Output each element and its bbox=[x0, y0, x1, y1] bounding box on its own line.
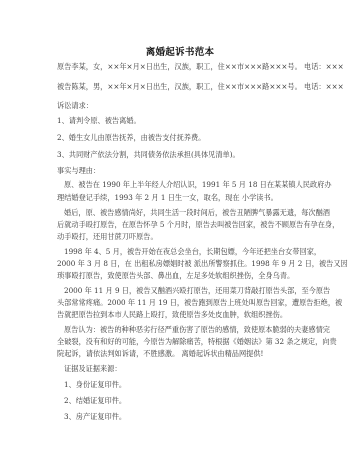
facts-heading: 事实与理由： bbox=[57, 166, 313, 175]
fact-line: 2000 年 3 月 8 日，在 出租私房嫖娼时被 派出所警察抓住。1998 年… bbox=[57, 259, 313, 268]
fact-line: 2000 年 11 月 9 日，被告又酗酒兴殴打原告，还用菜刀背敲打原告头部，至… bbox=[64, 286, 320, 295]
fact-line: 告就把原告拉到本市人民路上殴打，致使原告多处皮血肿，软组织挫伤。 bbox=[57, 310, 313, 319]
fact-line: 婚后，原、被告感情尚好，共同生活一段时间后，被告丑陋脾气暴露无遗，每次酗酒 bbox=[64, 208, 320, 217]
fact-line: 院起诉，请依法判如诉请，不胜感激。 离婚起诉状由精品网提供! bbox=[57, 349, 313, 358]
plaintiff-info: 原告李某，女，××年×月×日出生，汉族，职工，住××市×××路×××号。 电话：… bbox=[57, 62, 313, 71]
fact-line: 动手殴打，还用甘蔗刀吓原告。 bbox=[57, 232, 313, 241]
fact-line: 原告认为：被告的种种恶劣行径严重伤害了原告的感情，致使原本脆弱的夫妻感情完 bbox=[64, 325, 320, 334]
claim-item: 2、婚生女儿由原告抚养，由被告支付抚养费。 bbox=[57, 133, 313, 142]
evidence-item: 3、房产证复印件。 bbox=[64, 412, 320, 421]
fact-line: 头部常常疼痛。2000 年 11 月 19 日，被告跑到原告上班处叫原告回家，遭… bbox=[57, 298, 313, 307]
fact-line: 琐事殴打原告，致使原告头部、鼻出血，左足多处软组织挫伤，全身乌青。 bbox=[57, 271, 313, 280]
evidence-heading: 证据及证据来源： bbox=[64, 364, 320, 373]
evidence-item: 2、结婚证复印件。 bbox=[64, 396, 320, 405]
document-page: 离婚起诉书范本 原告李某，女，××年×月×日出生，汉族，职工，住××市×××路×… bbox=[0, 0, 360, 464]
evidence-item: 1、身份证复印件。 bbox=[64, 380, 320, 389]
claim-item: 3、共同财产依法分割，共同债务依法承担(具体见清单)。 bbox=[57, 150, 313, 159]
fact-line: 后就动手殴打原告，在原告怀孕 5 个月时，原告去叫被告回家，被告不顾原告有孕在身… bbox=[57, 220, 313, 229]
defendant-info: 被告陈某，男，××年×月×日出生，汉族，职工，住××市×××路×××号。 电话：… bbox=[57, 82, 313, 91]
claim-item: 1、请判令原、被告离婚。 bbox=[57, 116, 313, 125]
fact-line: 1998 年 4、5 月，被告开始在夜总会坐台，长期包嫖，今年还把坐台女带回家， bbox=[64, 247, 320, 256]
claims-heading: 诉讼请求： bbox=[57, 101, 313, 110]
fact-line: 理结婚登记手续，1993 年 2 月 1 日生一女，取名，现在 小学读书。 bbox=[57, 193, 313, 202]
fact-line: 原、被告在 1990 年上半年经人介绍认识，1991 年 5 月 18 日在某某… bbox=[64, 180, 320, 189]
document-title: 离婚起诉书范本 bbox=[0, 44, 360, 58]
fact-line: 全破裂，没有和好的可能，今原告为解除痛苦，特根据《婚姻法》第 32 条之规定，向… bbox=[57, 337, 313, 346]
